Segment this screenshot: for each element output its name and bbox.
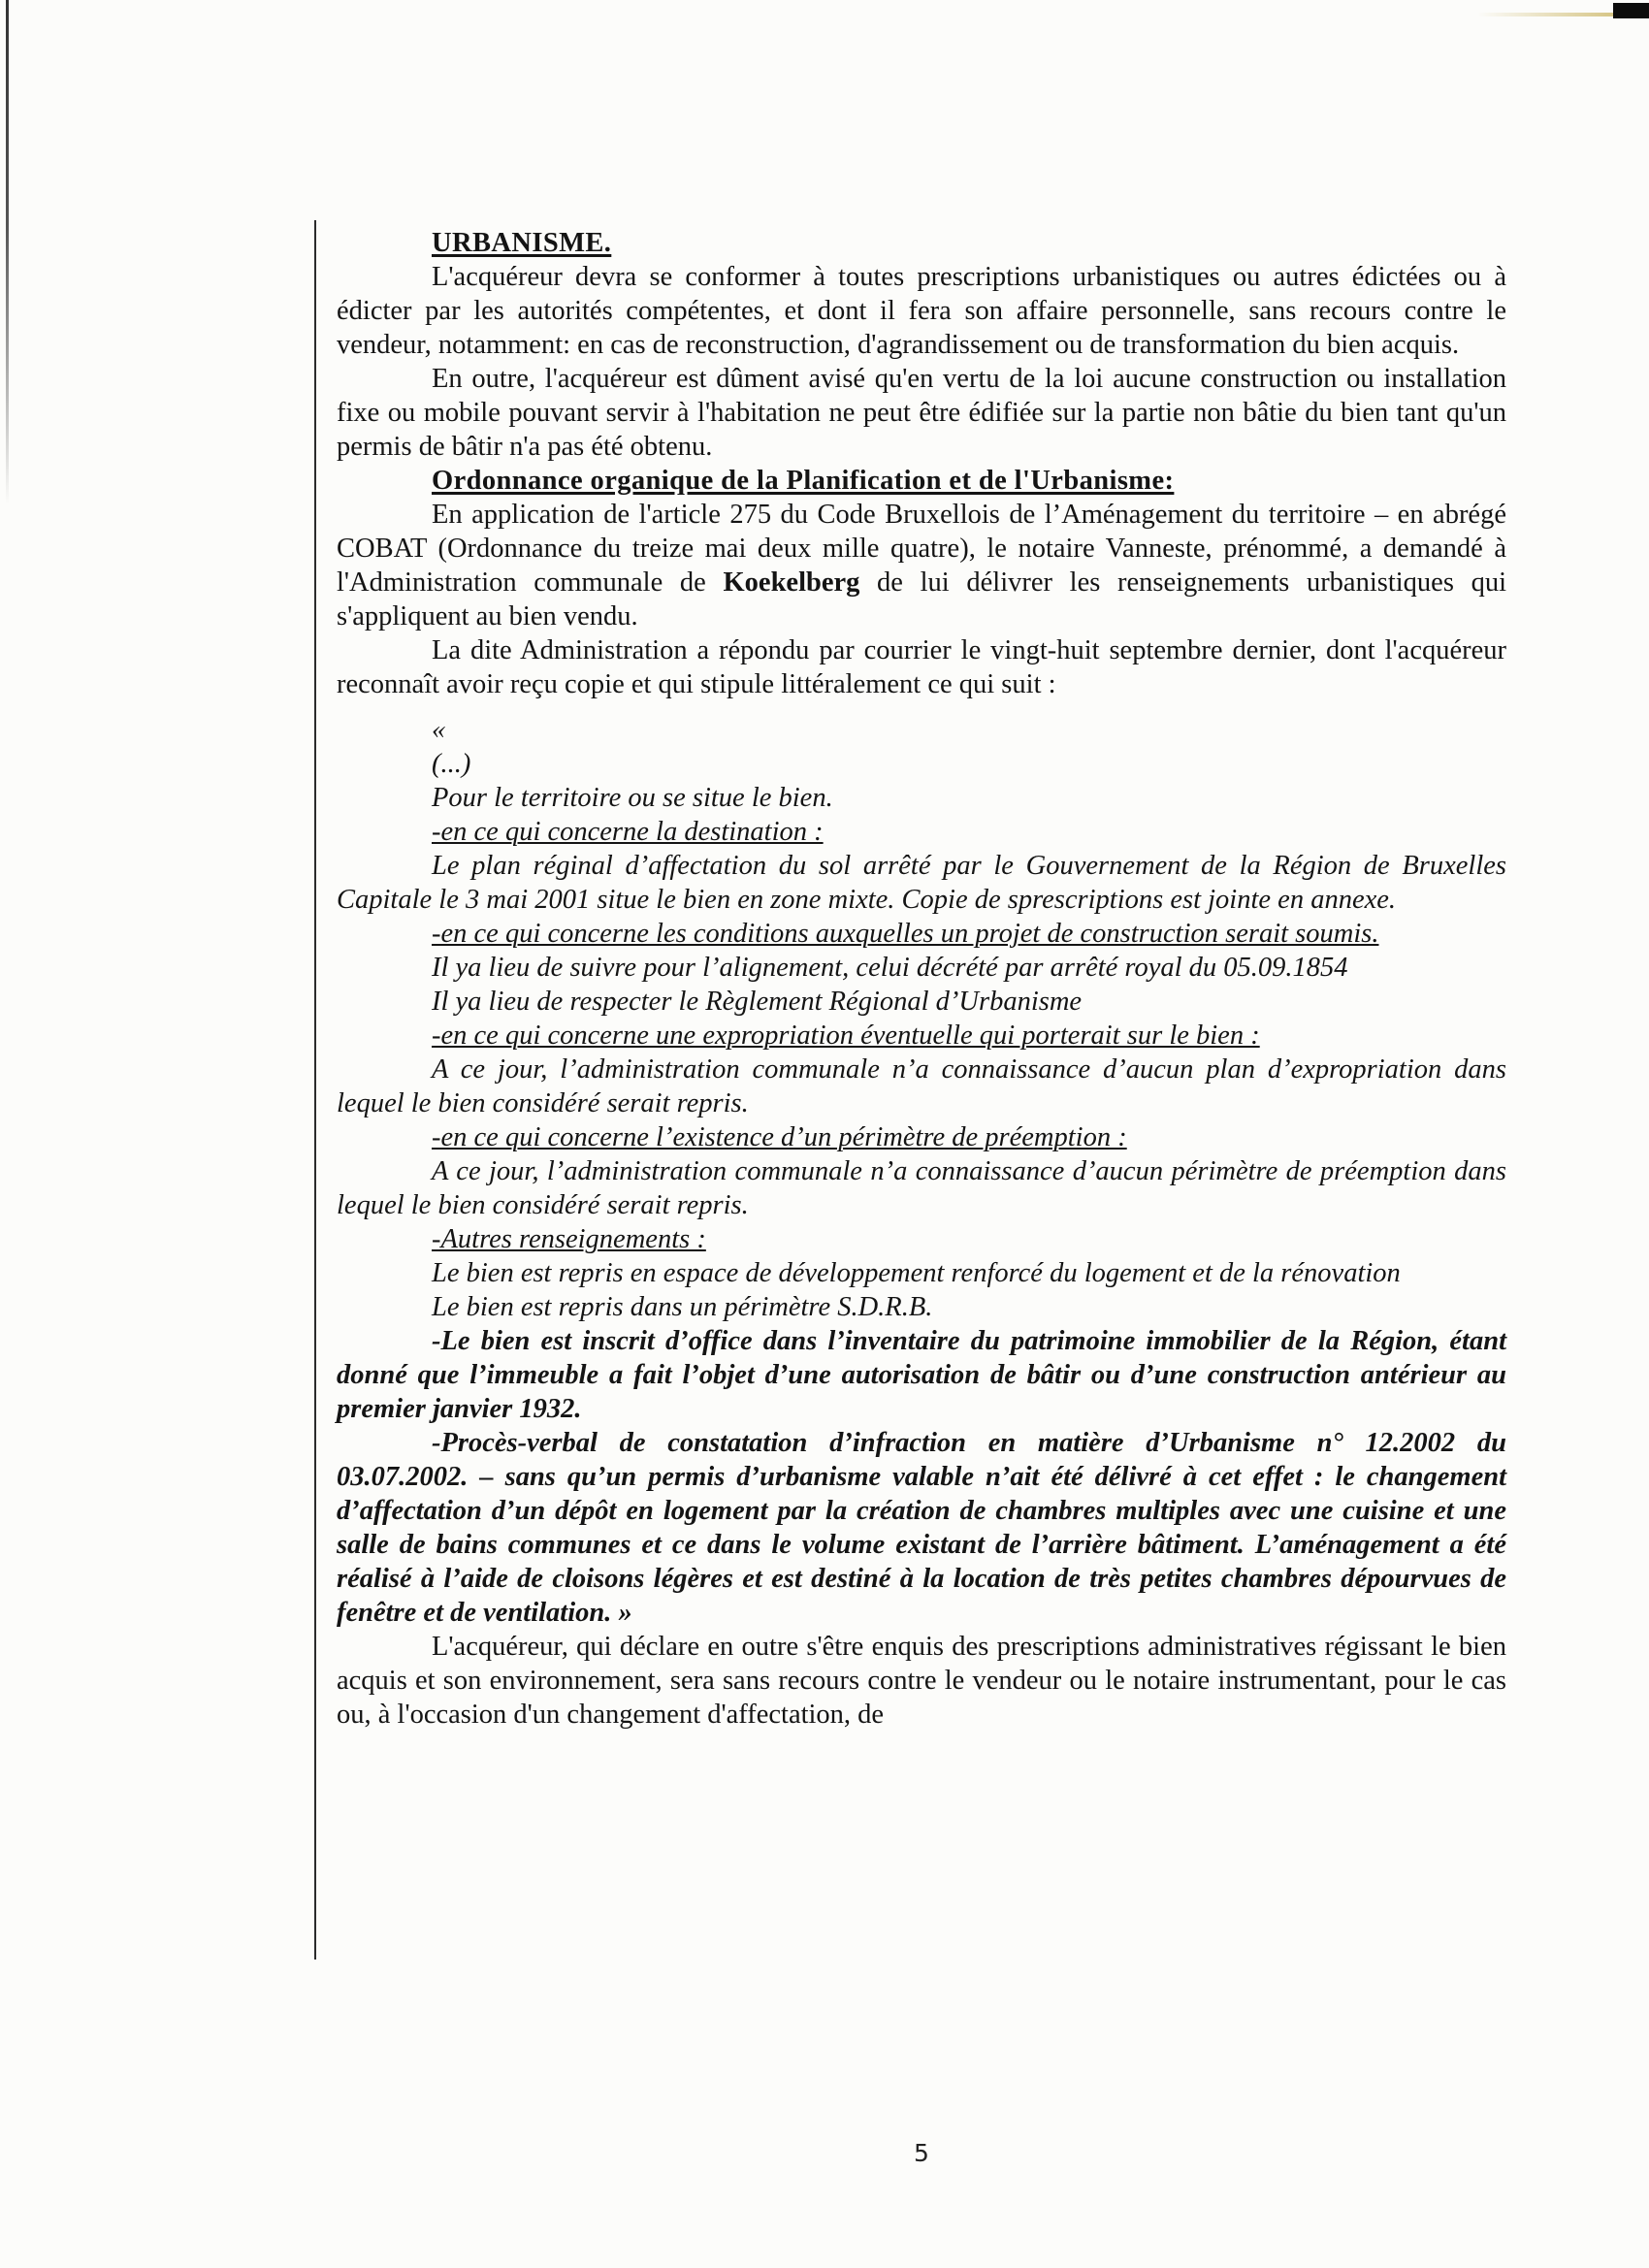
para-cobat: En application de l'article 275 du Code … bbox=[337, 498, 1506, 633]
quote-heading-destination: -en ce qui concerne la destination : bbox=[337, 815, 1506, 849]
left-margin-rule bbox=[314, 220, 316, 1960]
quote-para-expropriation: A ce jour, l’administration communale n’… bbox=[337, 1053, 1506, 1120]
quote-heading-conditions: -en ce qui concerne les conditions auxqu… bbox=[337, 917, 1506, 951]
scan-edge-artifact bbox=[6, 0, 9, 504]
commune-name: Koekelberg bbox=[724, 567, 860, 598]
para-permis-de-batir: En outre, l'acquéreur est dûment avisé q… bbox=[337, 362, 1506, 464]
quote-para-developpement: Le bien est repris en espace de développ… bbox=[337, 1256, 1506, 1290]
scanned-document-page: URBANISME. L'acquéreur devra se conforme… bbox=[0, 0, 1649, 2268]
quote-heading-preemption: -en ce qui concerne l’existence d’un pér… bbox=[337, 1120, 1506, 1154]
quote-para-preemption: A ce jour, l’administration communale n’… bbox=[337, 1154, 1506, 1222]
section-heading-ordonnance: Ordonnance organique de la Planification… bbox=[337, 464, 1506, 498]
quote-territoire-line: Pour le territoire ou se situe le bien. bbox=[337, 781, 1506, 815]
quote-line-reglement-regional: Il ya lieu de respecter le Règlement Rég… bbox=[337, 985, 1506, 1019]
quote-line-sdrb: Le bien est repris dans un périmètre S.D… bbox=[337, 1290, 1506, 1324]
scan-corner-tint bbox=[1477, 13, 1613, 16]
para-acquereur-recours: L'acquéreur, qui déclare en outre s'être… bbox=[337, 1630, 1506, 1732]
quote-heading-expropriation: -en ce qui concerne une expropriation év… bbox=[337, 1019, 1506, 1053]
quote-ellipsis: (...) bbox=[337, 747, 1506, 781]
page-number: 5 bbox=[902, 2139, 941, 2167]
quote-open-guillemet: « bbox=[337, 713, 1506, 747]
para-prescriptions-urbanistiques: L'acquéreur devra se conformer à toutes … bbox=[337, 260, 1506, 362]
quote-bold-para-inventaire: -Le bien est inscrit d’office dans l’inv… bbox=[337, 1324, 1506, 1426]
para-courrier-administration: La dite Administration a répondu par cou… bbox=[337, 633, 1506, 701]
quote-bold-para-proces-verbal: -Procès-verbal de constatation d’infract… bbox=[337, 1426, 1506, 1630]
quote-para-plan-regional: Le plan réginal d’affectation du sol arr… bbox=[337, 849, 1506, 917]
scan-corner-artifact bbox=[1613, 3, 1649, 18]
quote-heading-autres: -Autres renseignements : bbox=[337, 1222, 1506, 1256]
quote-line-alignement: Il ya lieu de suivre pour l’alignement, … bbox=[337, 951, 1506, 985]
document-body: URBANISME. L'acquéreur devra se conforme… bbox=[337, 226, 1506, 1732]
section-heading-urbanisme: URBANISME. bbox=[337, 226, 1506, 260]
